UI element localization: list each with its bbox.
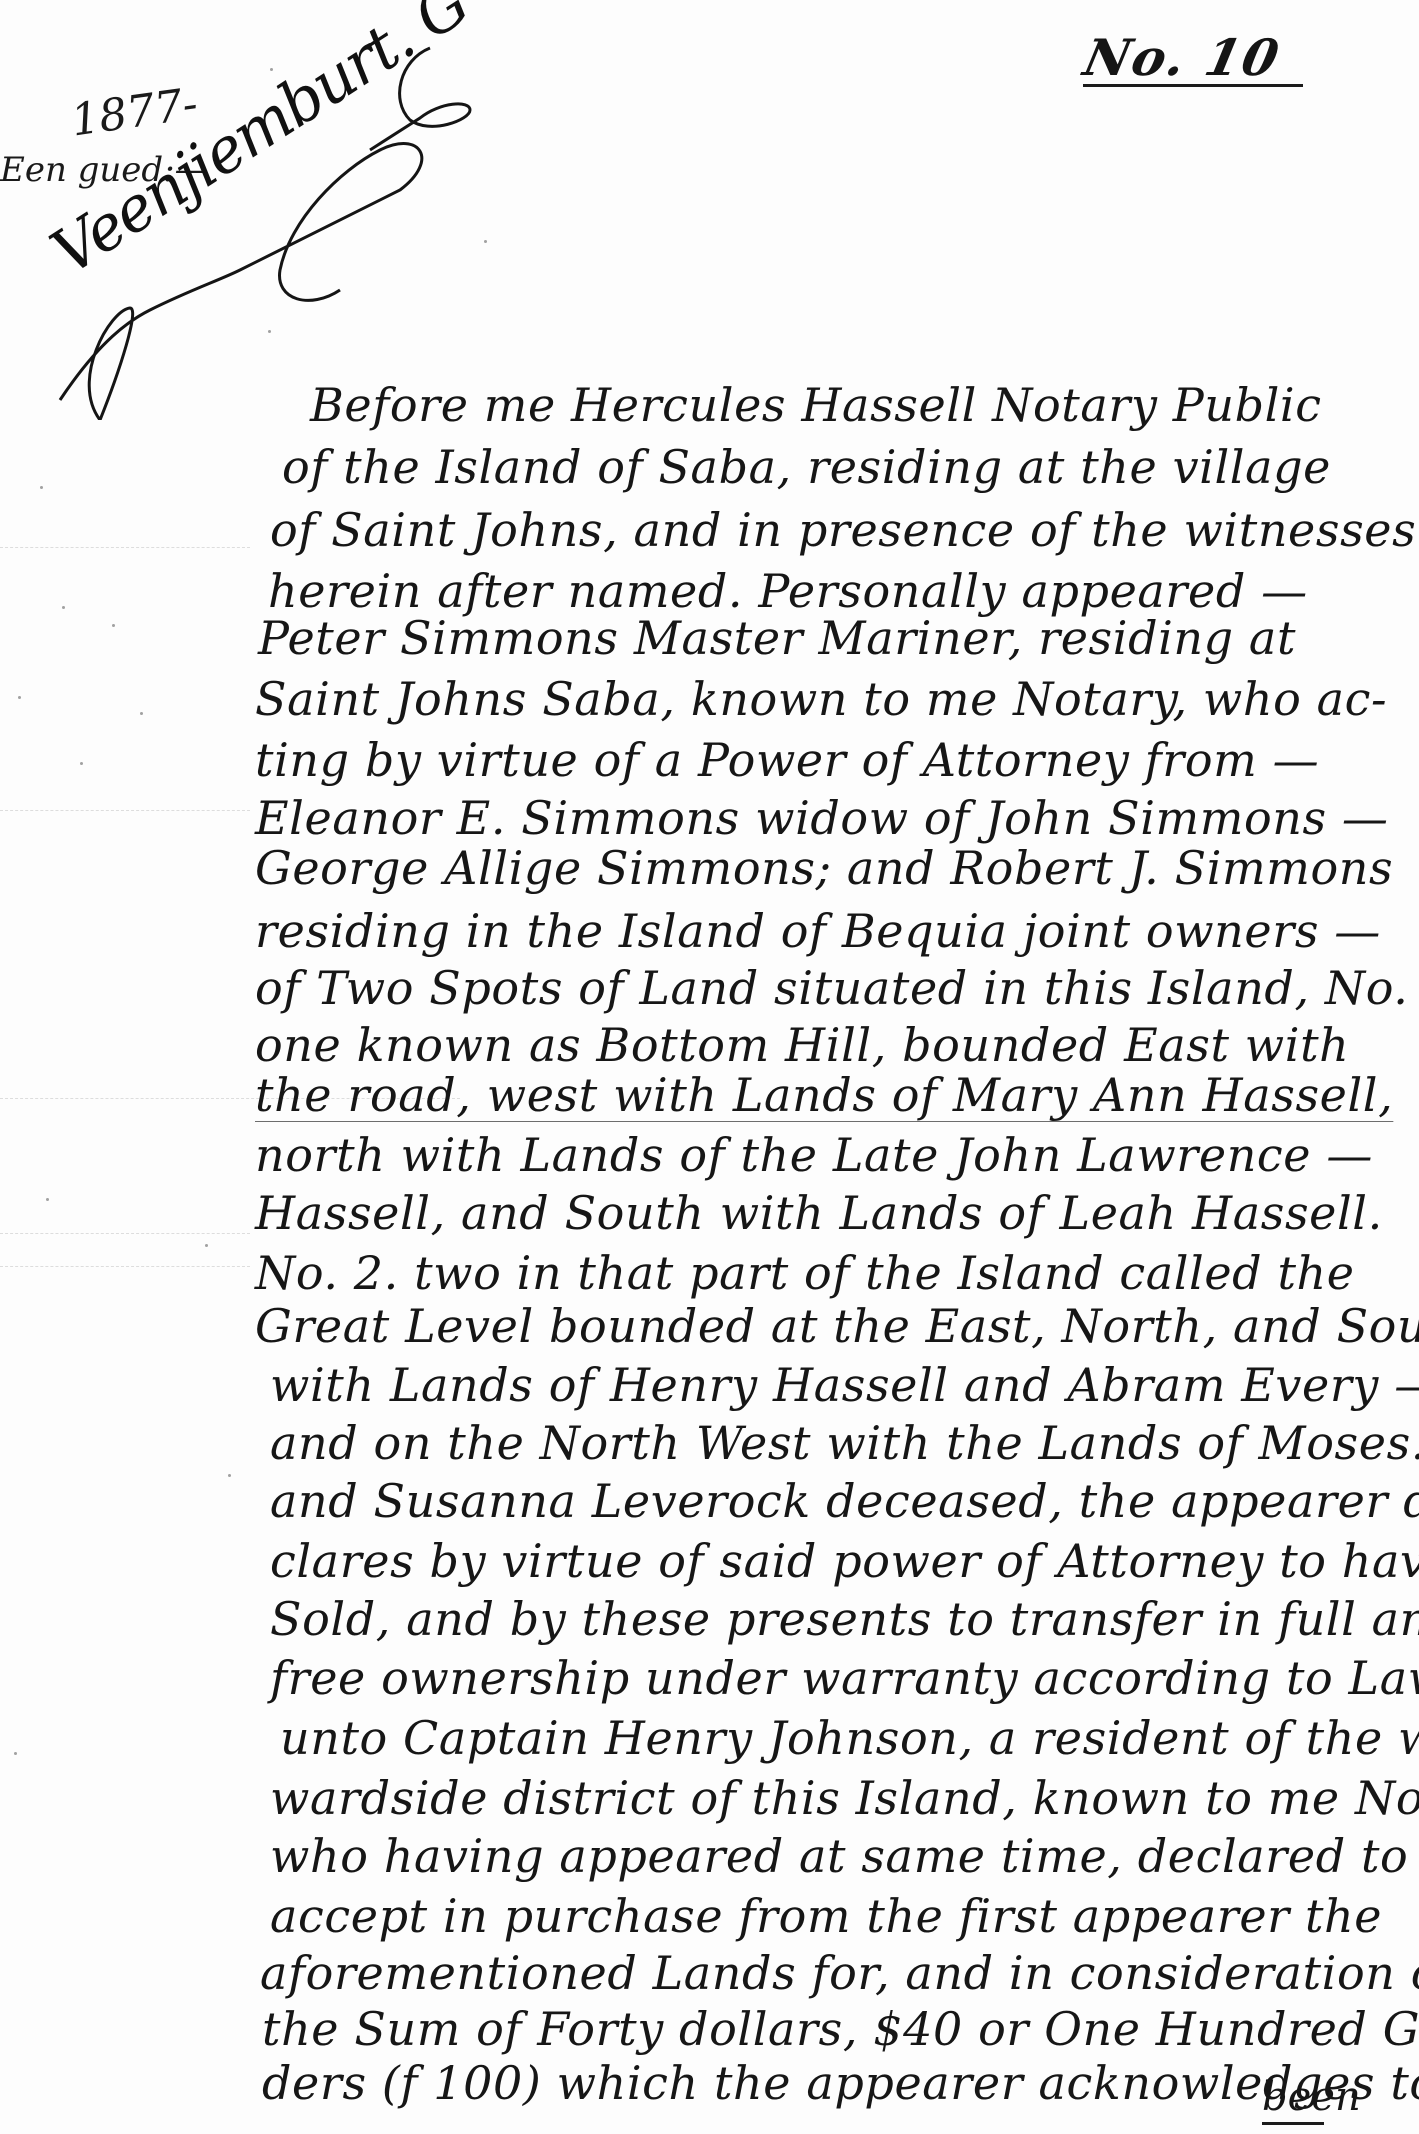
deed-line: who having appeared at same time, declar… [270, 1833, 1419, 1879]
scan-speck [62, 606, 65, 609]
deed-line: the road, west with Lands of Mary Ann Ha… [255, 1072, 1393, 1118]
deed-line: with Lands of Henry Hassell and Abram Ev… [270, 1362, 1419, 1408]
deed-line: residing in the Island of Bequia joint o… [255, 908, 1381, 954]
scan-speck [40, 486, 43, 489]
deed-line: George Allige Simmons; and Robert J. Sim… [255, 845, 1393, 891]
scan-speck [112, 624, 115, 627]
deed-line: herein after named. Personally appeared … [268, 568, 1308, 614]
deed-line: and on the North West with the Lands of … [270, 1420, 1419, 1466]
scan-speck [18, 696, 21, 699]
deed-line: Before me Hercules Hassell Notary Public [310, 382, 1322, 428]
deed-line: ders (f 100) which the appearer acknowle… [262, 2060, 1419, 2106]
deed-line: Great Level bounded at the East, North, … [255, 1303, 1419, 1349]
document-page: No. 10 1877- Een gued:— Veenjiemburt. G … [0, 0, 1419, 2134]
deed-line: Eleanor E. Simmons widow of John Simmons… [255, 795, 1389, 841]
deed-line: and Susanna Leverock deceased, the appea… [270, 1478, 1419, 1524]
deed-line: the Sum of Forty dollars, $40 or One Hun… [262, 2006, 1419, 2052]
deed-line: aforementioned Lands for, and in conside… [260, 1950, 1419, 1996]
scan-speck [484, 240, 487, 243]
scan-speck [270, 68, 273, 71]
deed-line: No. 2. two in that part of the Island ca… [255, 1250, 1355, 1296]
scan-speck [228, 1474, 231, 1477]
deed-line: north with Lands of the Late John Lawren… [255, 1132, 1373, 1178]
scan-speck [140, 712, 143, 715]
deed-line: unto Captain Henry Johnson, a resident o… [280, 1715, 1419, 1761]
deed-line: of Two Spots of Land situated in this Is… [255, 965, 1419, 1011]
scan-artifact-line [0, 810, 250, 812]
deed-line: free ownership under warranty according … [270, 1655, 1419, 1701]
catchword-underline [1262, 2122, 1324, 2125]
deed-line: accept in purchase from the first appear… [270, 1893, 1382, 1939]
document-number: No. 10 [1079, 28, 1302, 87]
deed-line: of Saint Johns, and in presence of the w… [270, 507, 1416, 553]
scan-speck [14, 1752, 17, 1755]
scan-speck [268, 330, 271, 333]
scan-artifact-line [0, 1266, 250, 1268]
deed-line: Saint Johns Saba, known to me Notary, wh… [255, 676, 1387, 722]
catchword: been [1262, 2074, 1361, 2120]
deed-line: clares by virtue of said power of Attorn… [270, 1538, 1419, 1584]
scan-speck [205, 1244, 208, 1247]
scan-artifact-line [0, 547, 250, 549]
notary-signature: Veenjiemburt. G [38, 0, 480, 289]
scan-speck [46, 1198, 49, 1201]
deed-line: one known as Bottom Hill, bounded East w… [255, 1022, 1349, 1068]
deed-line: Sold, and by these presents to transfer … [270, 1596, 1419, 1642]
deed-line: wardside district of this Island, known … [270, 1775, 1419, 1821]
scan-artifact-line [0, 1233, 250, 1235]
deed-line: Peter Simmons Master Mariner, residing a… [258, 615, 1296, 661]
deed-line: Hassell, and South with Lands of Leah Ha… [255, 1190, 1383, 1236]
deed-line: ting by virtue of a Power of Attorney fr… [255, 737, 1319, 783]
scan-speck [80, 762, 83, 765]
deed-line: of the Island of Saba, residing at the v… [282, 444, 1331, 490]
document-number-underline [1083, 84, 1303, 87]
